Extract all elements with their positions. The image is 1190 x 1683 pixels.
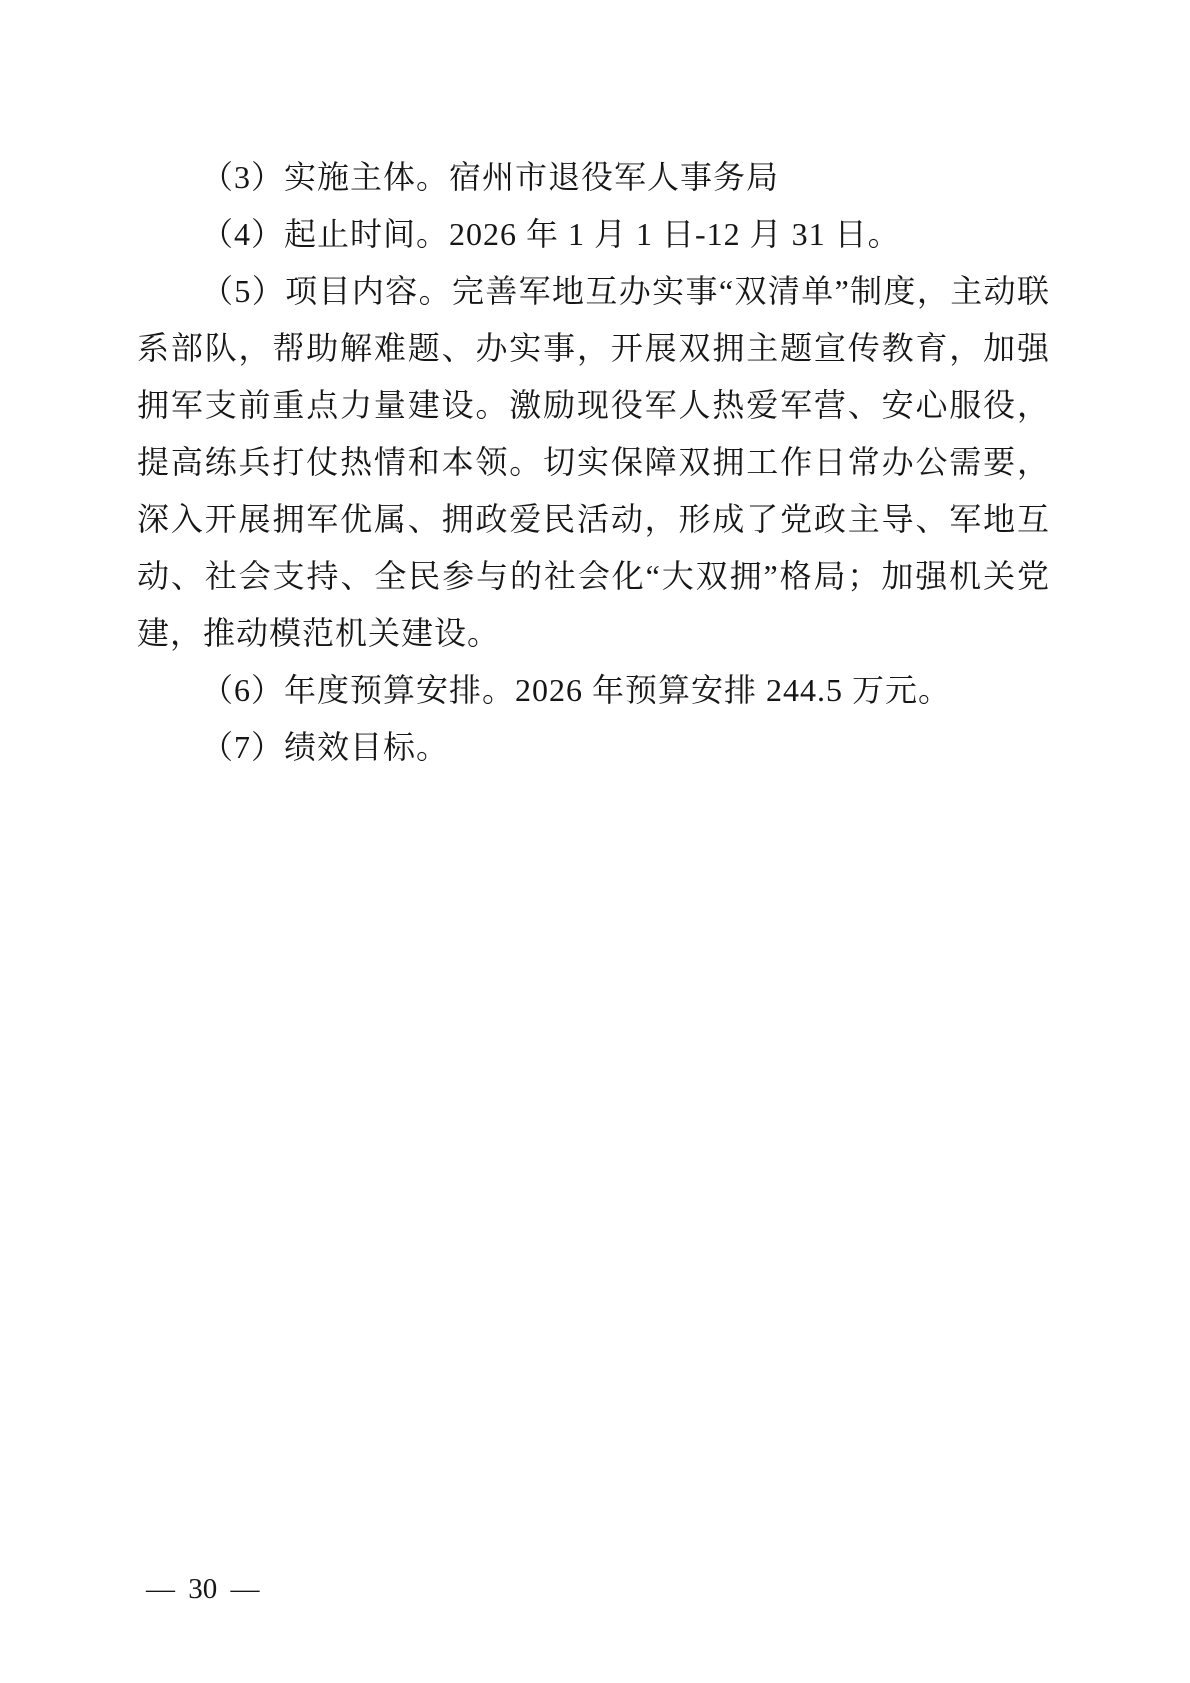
paragraph-7-performance-target: （7）绩效目标。: [137, 719, 1050, 776]
document-body: （3）实施主体。宿州市退役军人事务局 （4）起止时间。2026 年 1 月 1 …: [137, 149, 1050, 776]
page-number: — 30 —: [146, 1573, 260, 1605]
paragraph-5-project-content: （5）项目内容。完善军地互办实事“双清单”制度，主动联系部队，帮助解难题、办实事…: [137, 263, 1050, 662]
paragraph-3-implementing-body: （3）实施主体。宿州市退役军人事务局: [137, 149, 1050, 206]
paragraph-6-annual-budget: （6）年度预算安排。2026 年预算安排 244.5 万元。: [137, 662, 1050, 719]
page-footer: — 30 —: [146, 1572, 260, 1606]
document-page: （3）实施主体。宿州市退役军人事务局 （4）起止时间。2026 年 1 月 1 …: [0, 0, 1190, 1683]
paragraph-4-time-period: （4）起止时间。2026 年 1 月 1 日-12 月 31 日。: [137, 206, 1050, 263]
